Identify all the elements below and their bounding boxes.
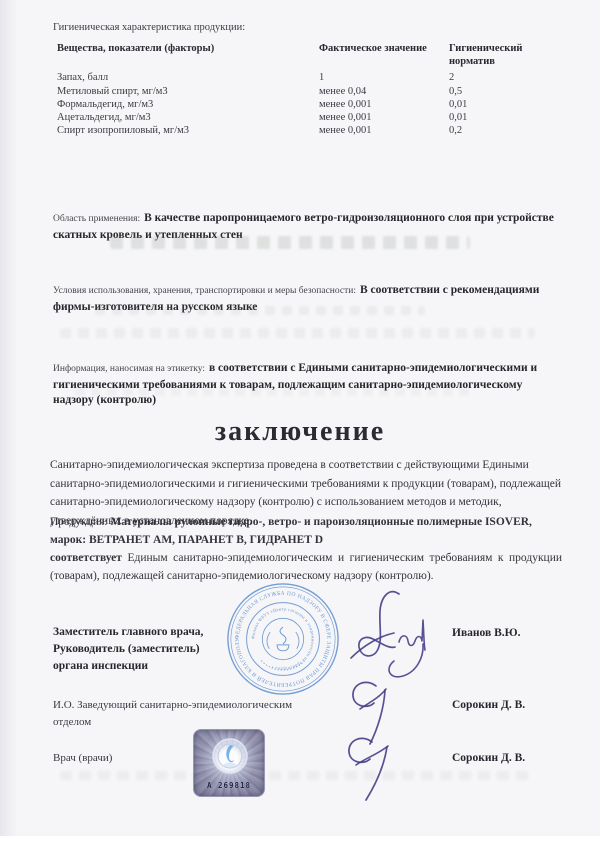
signature-ink-ivanov [336,584,446,684]
bleed-through-artifact [60,771,530,780]
signatory-title-3: Врач (врачи) [53,752,112,764]
usage-label: Условия использования, хранения, транспо… [53,286,356,296]
stamp-outer-text: ФЕДЕРАЛЬНАЯ СЛУЖБА ПО НАДЗОРУ В СФЕРЕ ЗА… [224,580,331,687]
hygiene-table: Вещества, показатели (факторы) Фактическ… [57,42,562,137]
product-value: Материалы рулонные гидро-, ветро- и паро… [50,516,532,546]
table-cell: 0,2 [449,124,562,137]
table-cell: Запах, балл [57,71,319,84]
stamp-inner-text: Филиал ФБУЗ «Центр гигиены и эпидемиолог… [250,606,315,671]
table-cell: 0,01 [449,111,562,124]
table-cell: 0,01 [449,98,562,111]
table-cell: Формальдегид, мг/м3 [57,98,319,111]
label-info-section: Информация, наносимая на этикетку: в соо… [53,360,561,408]
table-cell: менее 0,001 [319,98,449,111]
table-header-actual: Фактическое значение [319,42,449,71]
table-cell: 1 [319,71,449,84]
application-section: Область применения: В качестве паропрони… [53,210,561,242]
conclusion-title: заключение [0,416,600,448]
signatory-title-1: Заместитель главного врача, Руководитель… [53,624,203,675]
table-header-norm: Гигиенический норматив [449,42,562,71]
hologram-number: А 269818 [194,781,264,790]
table-cell: Спирт изопропиловый, мг/м3 [57,124,319,137]
signatory-name-1: Иванов В.Ю. [452,627,520,639]
table-cell: 2 [449,71,562,84]
table-cell: 0,5 [449,85,562,98]
svg-text:ФЕДЕРАЛЬНАЯ СЛУЖБА ПО НАДЗОРУ: ФЕДЕРАЛЬНАЯ СЛУЖБА ПО НАДЗОРУ В СФЕРЕ ЗА… [224,580,331,687]
bleed-through-artifact [60,328,535,338]
product-label: Продукция: [50,516,107,528]
hologram-emblem-icon [210,736,250,776]
conformity-text: Единым санитарно-эпидемиологическим и ги… [50,552,562,582]
svg-text:Филиал ФБУЗ «Центр гигиены и э: Филиал ФБУЗ «Центр гигиены и эпидемиолог… [250,606,315,671]
product-line: Продукция: Материалы рулонные гидро-, ве… [50,513,562,549]
application-label: Область применения: [53,214,140,224]
usage-section: Условия использования, хранения, транспо… [53,282,561,314]
table-cell: Метиловый спирт, мг/м3 [57,85,319,98]
hygiene-section-label: Гигиеническая характеристика продукции: [53,22,245,33]
signature-ink-sorokin-2 [334,730,414,806]
label-info-label: Информация, наносимая на этикетку: [53,364,205,374]
signatory-name-2: Сорокин Д. В. [452,699,525,711]
round-stamp: ФЕДЕРАЛЬНАЯ СЛУЖБА ПО НАДЗОРУ В СФЕРЕ ЗА… [224,580,342,698]
table-cell: Ацетальдегид, мг/м3 [57,111,319,124]
conformity-verb: соответствует [50,552,122,564]
table-cell: менее 0,04 [319,85,449,98]
signatory-title-2: И.О. Заведующий санитарно-эпидемиологиче… [53,697,353,731]
table-header-substances: Вещества, показатели (факторы) [57,42,319,71]
signatory-name-3: Сорокин Д. В. [452,752,525,764]
table-cell: менее 0,001 [319,111,449,124]
scanned-document-page: Гигиеническая характеристика продукции: … [0,0,600,847]
product-block: Продукция: Материалы рулонные гидро-, ве… [50,513,562,585]
table-cell: менее 0,001 [319,124,449,137]
hologram-sticker: А 269818 [193,729,265,797]
